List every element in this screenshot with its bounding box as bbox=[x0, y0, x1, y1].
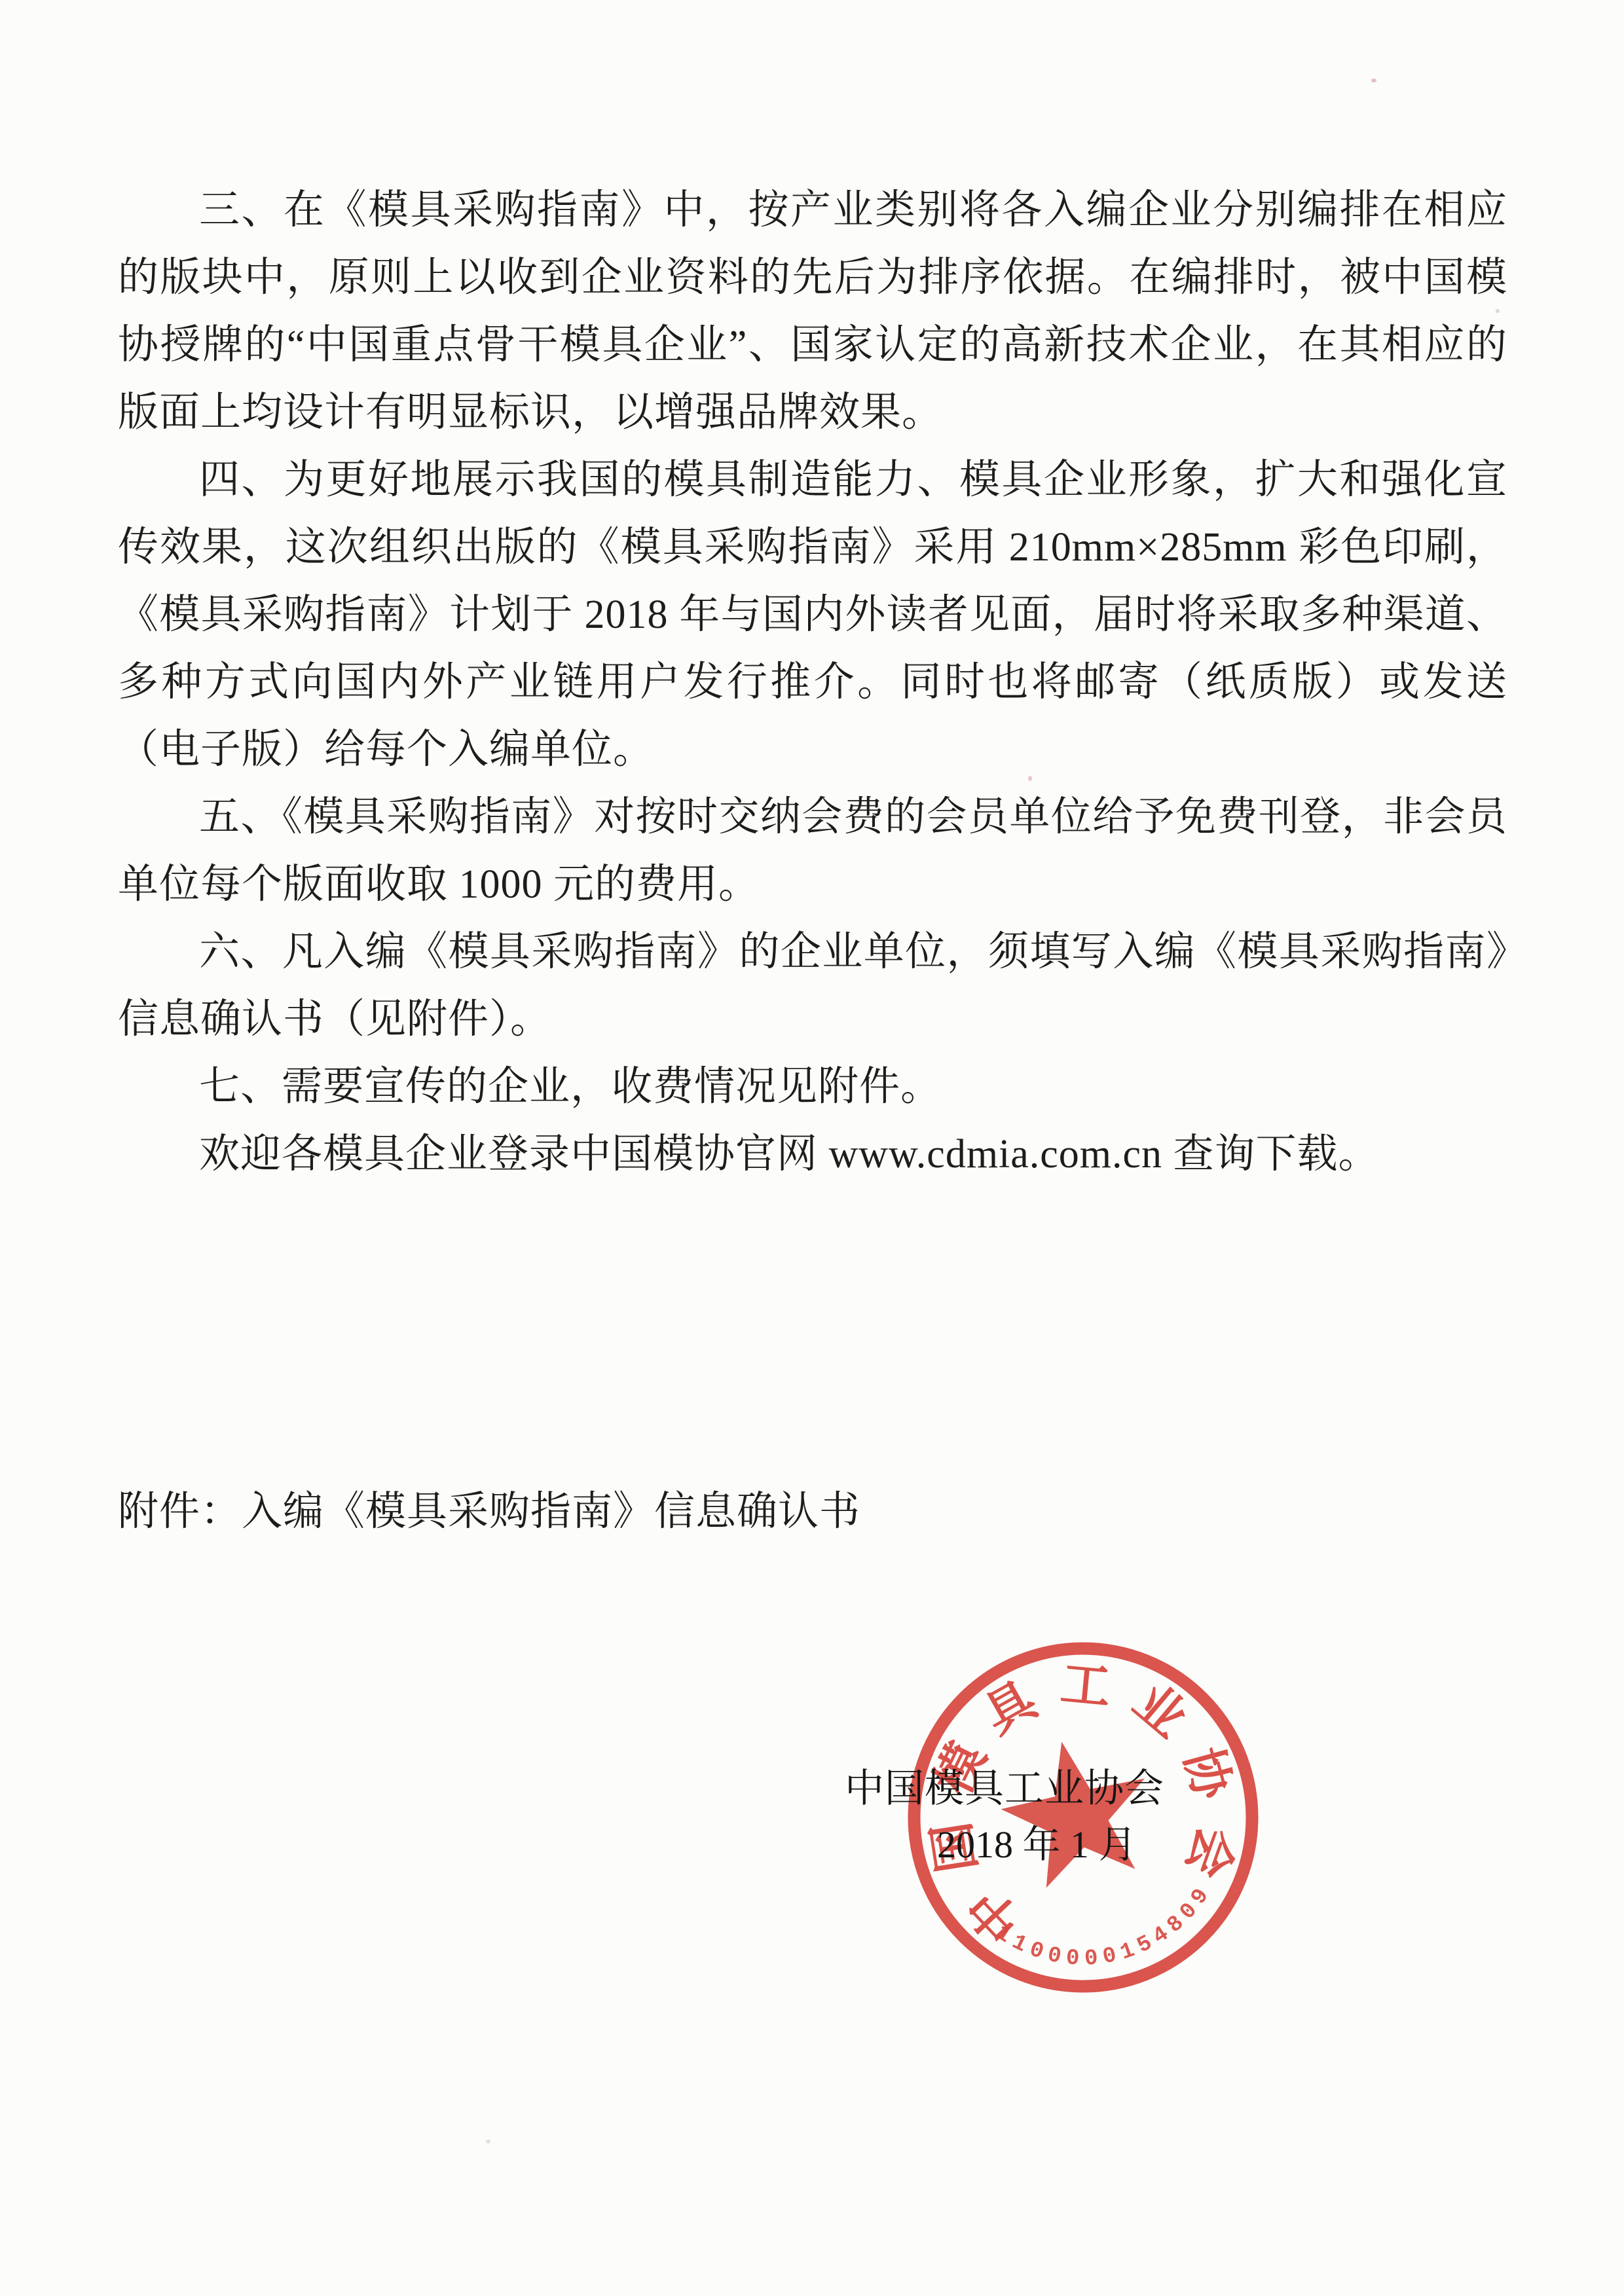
letter-body: 三、在《模具采购指南》中，按产业类别将各入编企业分别编排在相应的版块中，原则上以… bbox=[118, 177, 1507, 1188]
paragraph-item-six: 六、凡入编《模具采购指南》的企业单位，须填写入编《模具采购指南》信息确认书（见附… bbox=[118, 919, 1507, 1053]
paragraph-item-four: 四、为更好地展示我国的模具制造能力、模具企业形象，扩大和强化宣传效果，这次组织出… bbox=[118, 446, 1507, 784]
scanned-letter-page: 三、在《模具采购指南》中，按产业类别将各入编企业分别编排在相应的版块中，原则上以… bbox=[0, 0, 1624, 2296]
scan-speck bbox=[1371, 79, 1376, 82]
scan-speck bbox=[486, 2140, 490, 2143]
signature-date: 2018 年 1 月 bbox=[937, 1825, 1137, 1865]
paragraph-website-note: 欢迎各模具企业登录中国模协官网 www.cdmia.com.cn 查询下载。 bbox=[118, 1121, 1507, 1188]
paragraph-item-five: 五、《模具采购指南》对按时交纳会费的会员单位给予免费刊登，非会员单位每个版面收取… bbox=[118, 784, 1507, 919]
paragraph-item-seven: 七、需要宣传的企业，收费情况见附件。 bbox=[118, 1053, 1507, 1121]
association-seal-stamp: 中国模具工业协会 1100000154809 bbox=[900, 1634, 1266, 2001]
attachment-note: 附件：入编《模具采购指南》信息确认书 bbox=[118, 1478, 860, 1546]
signature-org: 中国模具工业协会 bbox=[845, 1768, 1164, 1810]
paragraph-item-three: 三、在《模具采购指南》中，按产业类别将各入编企业分别编排在相应的版块中，原则上以… bbox=[118, 177, 1507, 446]
